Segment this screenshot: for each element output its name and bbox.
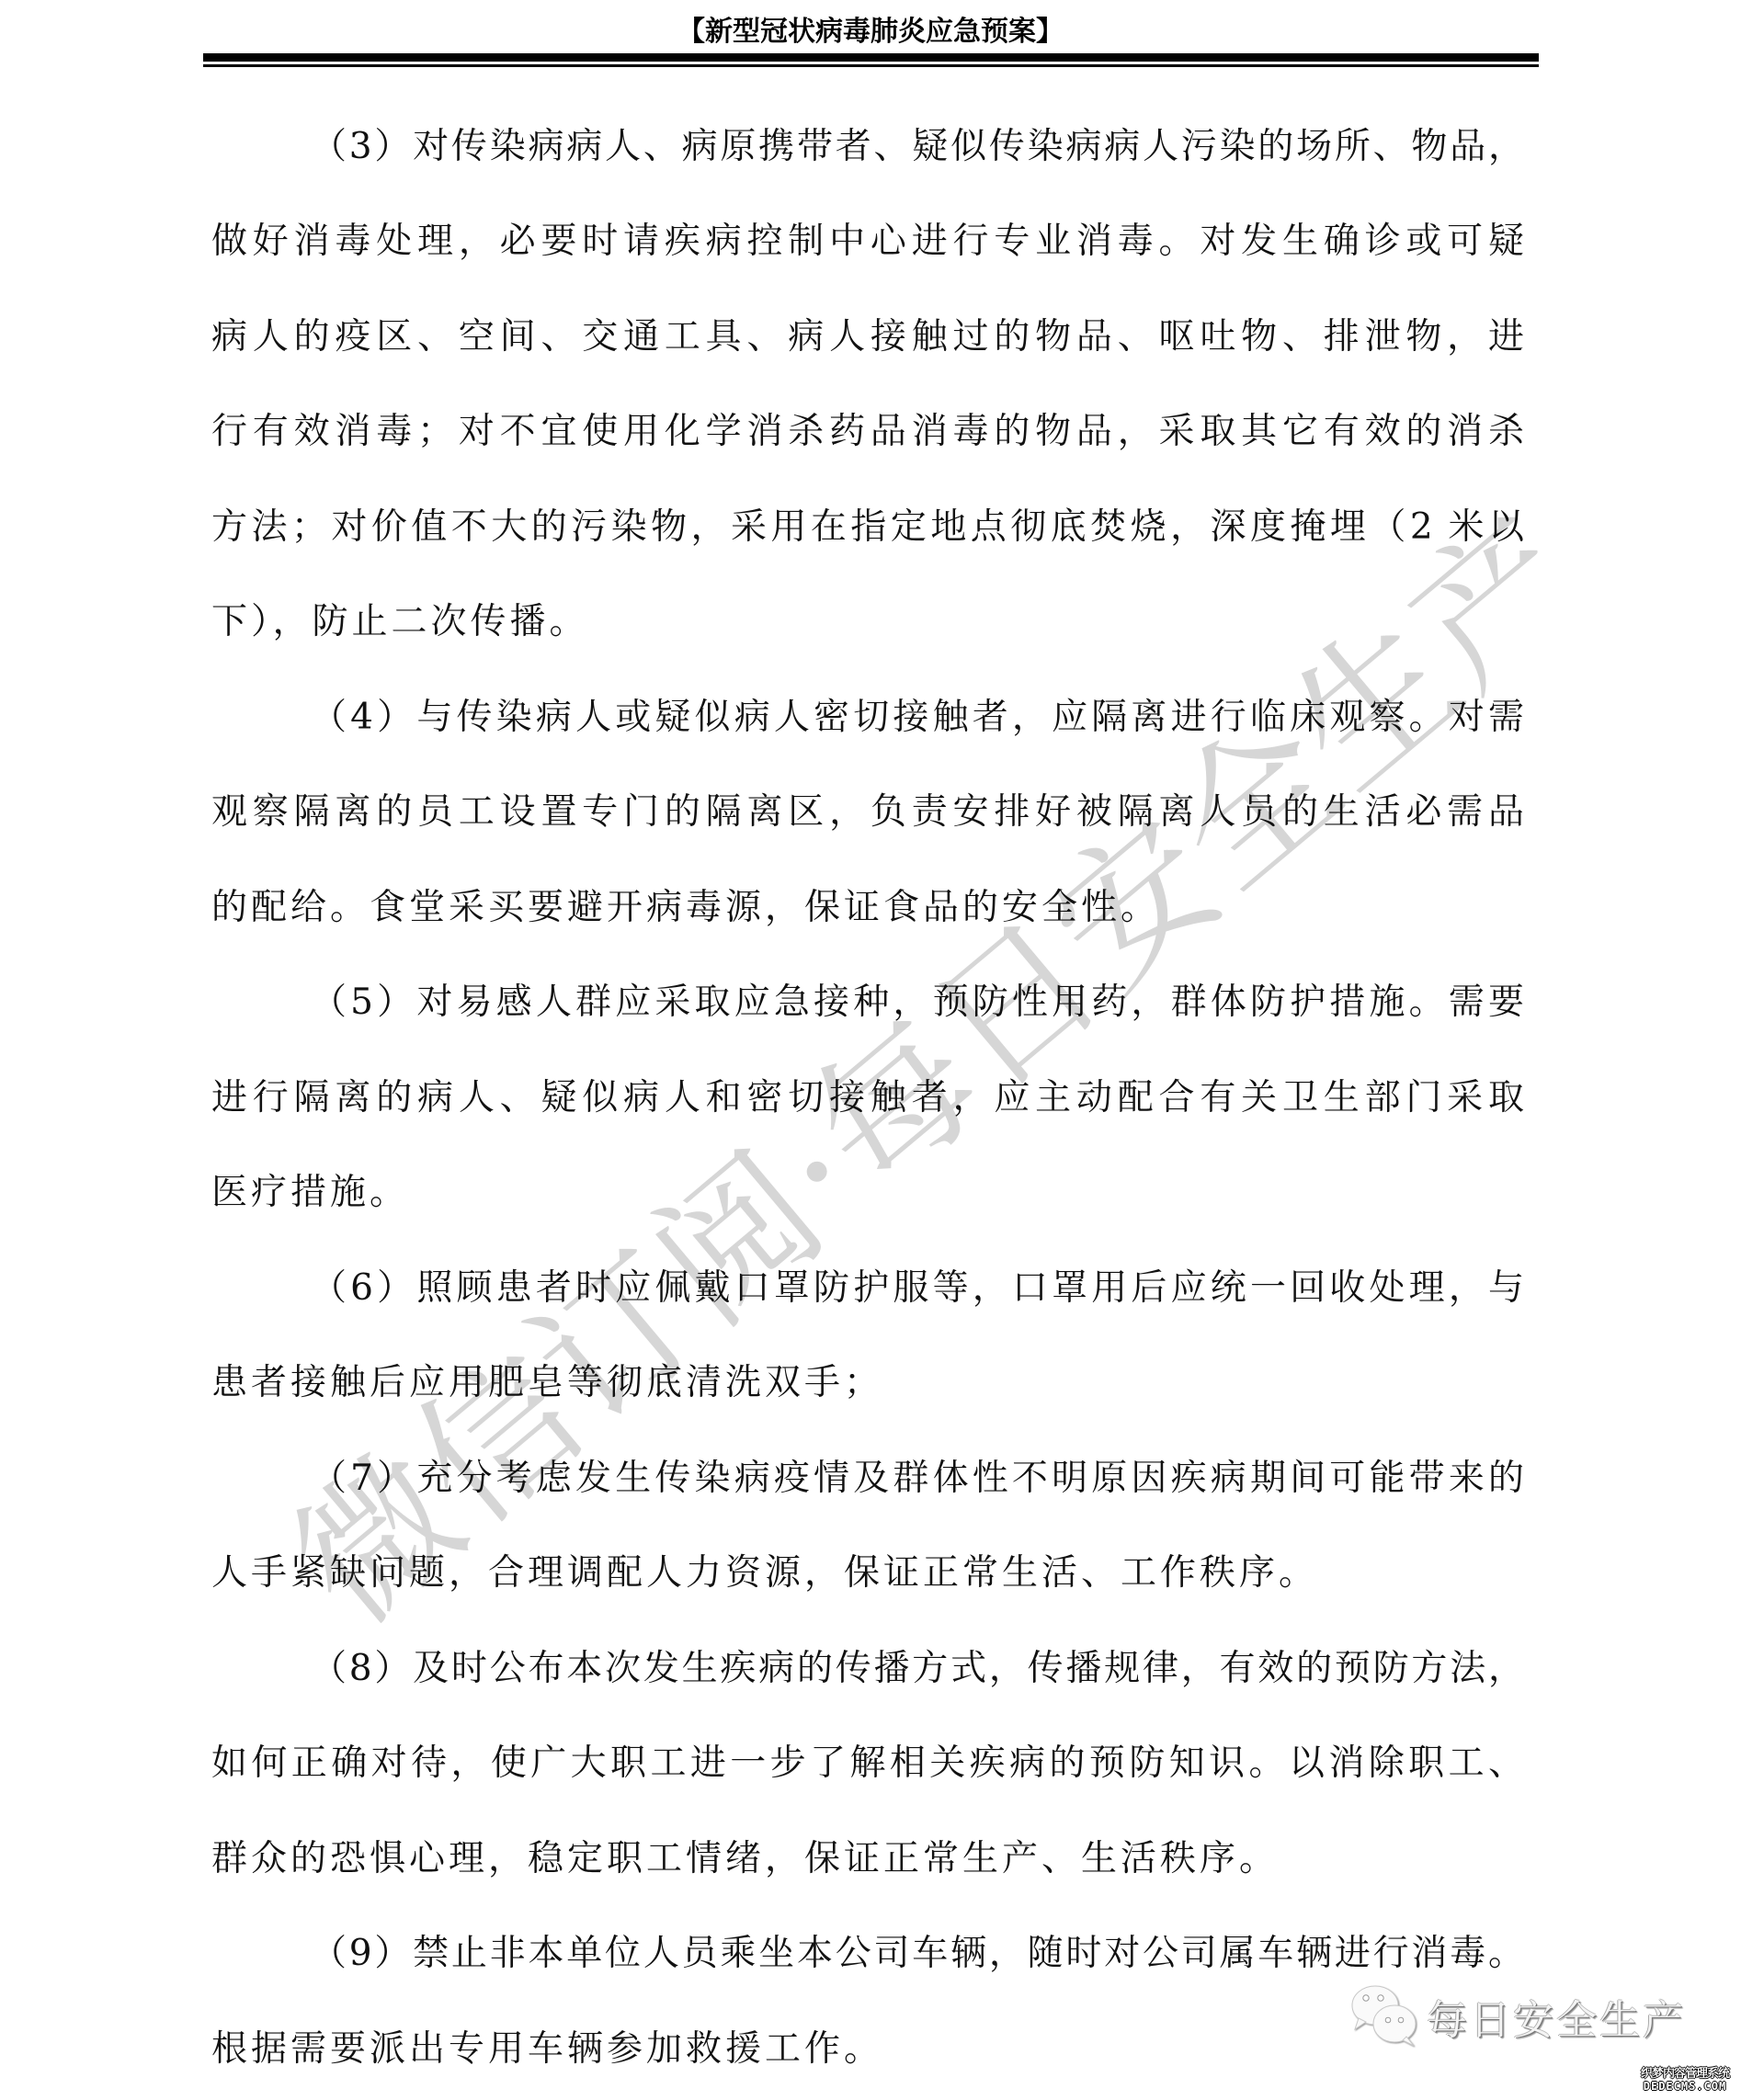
- paragraph-3-line-3: 病人的疫区、空间、交通工具、病人接触过的物品、呕吐物、排泄物，进: [211, 313, 1524, 361]
- paragraph-5-line-1: （5）对易感人群应采取应急接种，预防性用药，群体防护措施。需要: [311, 979, 1524, 1027]
- paragraph-4-line-3: 的配给。食堂采买要避开病毒源，保证食品的安全性。: [211, 884, 1524, 932]
- paragraph-6-line-1: （6）照顾患者时应佩戴口罩防护服等，口罩用后应统一回收处理，与: [311, 1265, 1524, 1312]
- paragraph-5-line-2: 进行隔离的病人、疑似病人和密切接触者，应主动配合有关卫生部门采取: [211, 1074, 1524, 1122]
- dedecms-badge-en: DEDECMS.COM: [1638, 2081, 1732, 2093]
- paragraph-6-line-2: 患者接触后应用肥皂等彻底清洗双手；: [211, 1359, 1524, 1407]
- paragraph-3-line-6: 下），防止二次传播。: [211, 598, 1524, 646]
- paragraph-3-line-1: （3）对传染病病人、病原携带者、疑似传染病病人污染的场所、物品，: [311, 123, 1524, 171]
- paragraph-3-line-4: 行有效消毒；对不宜使用化学消杀药品消毒的物品，采取其它有效的消杀: [211, 408, 1524, 456]
- paragraph-8-line-3: 群众的恐惧心理，稳定职工情绪，保证正常生产、生活秩序。: [211, 1835, 1524, 1883]
- paragraph-9-line-1: （9）禁止非本单位人员乘坐本公司车辆，随时对公司属车辆进行消毒。: [311, 1930, 1524, 1978]
- wechat-icon: [1349, 1981, 1421, 2051]
- paragraph-5-line-3: 医疗措施。: [211, 1169, 1524, 1217]
- header-rule-thick: [203, 53, 1539, 62]
- dedecms-badge-cn: 织梦内容管理系统: [1638, 2068, 1732, 2081]
- wechat-account-name: 每日安全生产: [1427, 1987, 1686, 2046]
- document-page: 【新型冠状病毒肺炎应急预案】 微信订阅·每日安全生产 （3）对传染病病人、病原携…: [0, 0, 1741, 2100]
- paragraph-3-line-2: 做好消毒处理，必要时请疾病控制中心进行专业消毒。对发生确诊或可疑: [211, 218, 1524, 266]
- paragraph-8-line-2: 如何正确对待，使广大职工进一步了解相关疾病的预防知识。以消除职工、: [211, 1740, 1524, 1788]
- paragraph-7-line-2: 人手紧缺问题，合理调配人力资源，保证正常生活、工作秩序。: [211, 1549, 1524, 1597]
- wechat-account-badge: 每日安全生产: [1349, 1981, 1686, 2051]
- header-rule-thin: [203, 64, 1539, 67]
- dedecms-badge: 织梦内容管理系统 DEDECMS.COM: [1638, 2068, 1732, 2093]
- paragraph-9-line-2: 根据需要派出专用车辆参加救援工作。: [211, 2026, 1524, 2073]
- paragraph-3-line-5: 方法；对价值不大的污染物，采用在指定地点彻底焚烧，深度掩埋（2 米以: [211, 504, 1524, 551]
- page-header-title: 【新型冠状病毒肺炎应急预案】: [0, 13, 1741, 51]
- paragraph-4-line-2: 观察隔离的员工设置专门的隔离区，负责安排好被隔离人员的生活必需品: [211, 789, 1524, 836]
- paragraph-7-line-1: （7）充分考虑发生传染病疫情及群体性不明原因疾病期间可能带来的: [311, 1455, 1524, 1503]
- paragraph-4-line-1: （4）与传染病人或疑似病人密切接触者，应隔离进行临床观察。对需: [311, 694, 1524, 742]
- paragraph-8-line-1: （8）及时公布本次发生疾病的传播方式，传播规律，有效的预防方法，: [311, 1645, 1524, 1693]
